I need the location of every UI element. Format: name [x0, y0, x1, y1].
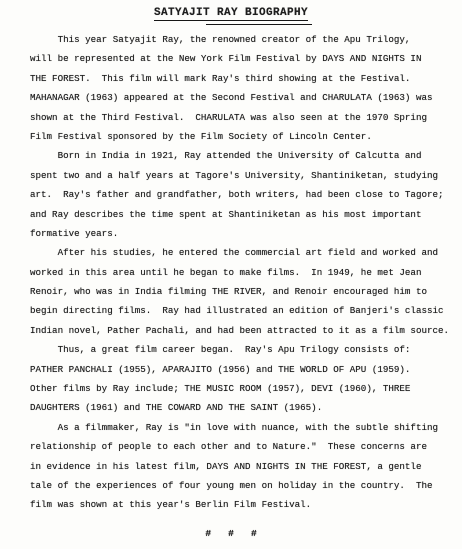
document-line: relationship of people to each other and… — [30, 437, 454, 456]
document-line: will be represented at the New York Film… — [30, 49, 454, 68]
document-line: PATHER PANCHALI (1955), APARAJITO (1956)… — [30, 360, 454, 379]
document-body-text: This year Satyajit Ray, the renowned cre… — [30, 30, 454, 515]
document-line: tale of the experiences of four young me… — [30, 476, 454, 495]
document-line: Thus, a great film career began. Ray's A… — [30, 340, 454, 359]
title-underline-decoration — [206, 24, 312, 26]
document-line: spent two and a half years at Tagore's U… — [30, 166, 454, 185]
document-line: shown at the Third Festival. CHARULATA w… — [30, 108, 454, 127]
document-line: As a filmmaker, Ray is "in love with nua… — [30, 418, 454, 437]
document-line: and Ray describes the time spent at Shan… — [30, 205, 454, 224]
document-line: begin directing films. Ray had illustrat… — [30, 301, 454, 320]
document-title: SATYAJIT RAY BIOGRAPHY — [0, 7, 462, 19]
document-line: worked in this area until he began to ma… — [30, 263, 454, 282]
document-line: Renoir, who was in India filming THE RIV… — [30, 282, 454, 301]
document-line: This year Satyajit Ray, the renowned cre… — [30, 30, 454, 49]
document-line: film was shown at this year's Berlin Fil… — [30, 495, 454, 514]
document-line: formative years. — [30, 224, 454, 243]
document-line: Indian novel, Pather Pachali, and had be… — [30, 321, 454, 340]
document-line: THE FOREST. This film will mark Ray's th… — [30, 69, 454, 88]
document-line: DAUGHTERS (1961) and THE COWARD AND THE … — [30, 398, 454, 417]
document-line: in evidence in his latest film, DAYS AND… — [30, 457, 454, 476]
document-line: Born in India in 1921, Ray attended the … — [30, 146, 454, 165]
document-line: Other films by Ray include; THE MUSIC RO… — [30, 379, 454, 398]
document-line: After his studies, he entered the commer… — [30, 243, 454, 262]
document-line: Film Festival sponsored by the Film Soci… — [30, 127, 454, 146]
document-line: MAHANAGAR (1963) appeared at the Second … — [30, 88, 454, 107]
scanned-document-page: SATYAJIT RAY BIOGRAPHY This year Satyaji… — [0, 0, 462, 549]
end-of-document-mark: # # # — [0, 528, 462, 539]
document-line: art. Ray's father and grandfather, both … — [30, 185, 454, 204]
